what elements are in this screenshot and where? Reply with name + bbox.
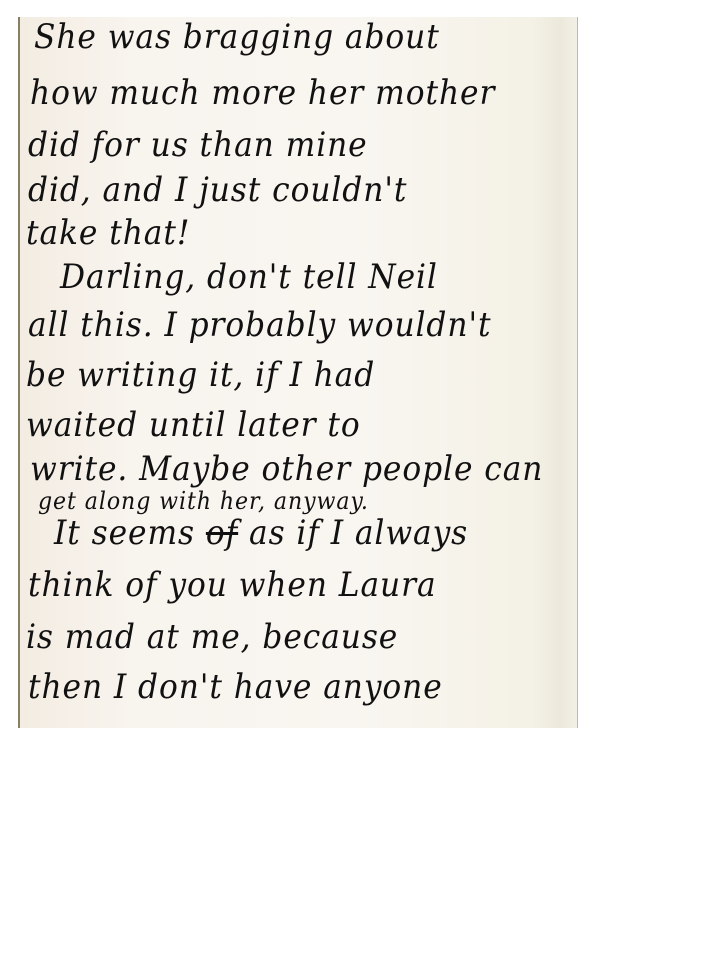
text-line-3: did for us than mine — [28, 125, 368, 165]
text-line-5: take that! — [26, 213, 190, 253]
text-line-4: did, and I just couldn't — [28, 170, 407, 210]
text-fragment: as if I always — [249, 513, 468, 553]
text-line-10: write. Maybe other people can — [30, 449, 543, 489]
text-line-11-inserted: get along with her, anyway. — [38, 487, 369, 515]
text-line-13: think of you when Laura — [28, 565, 437, 605]
text-line-8: be writing it, if I had — [26, 355, 375, 395]
text-line-6: Darling, don't tell Neil — [60, 257, 438, 297]
text-fragment: It seems — [54, 513, 195, 553]
struck-word: of — [206, 513, 238, 553]
text-line-1: She was bragging about — [34, 17, 440, 57]
text-line-14: is mad at me, because — [26, 617, 398, 657]
text-line-7: all this. I probably wouldn't — [28, 305, 491, 345]
text-line-12: It seems of as if I always — [54, 513, 468, 553]
letter-page: She was bragging about how much more her… — [18, 17, 578, 728]
text-line-15: then I don't have anyone — [28, 667, 443, 707]
text-line-9: waited until later to — [26, 405, 361, 445]
text-line-2: how much more her mother — [30, 73, 495, 113]
